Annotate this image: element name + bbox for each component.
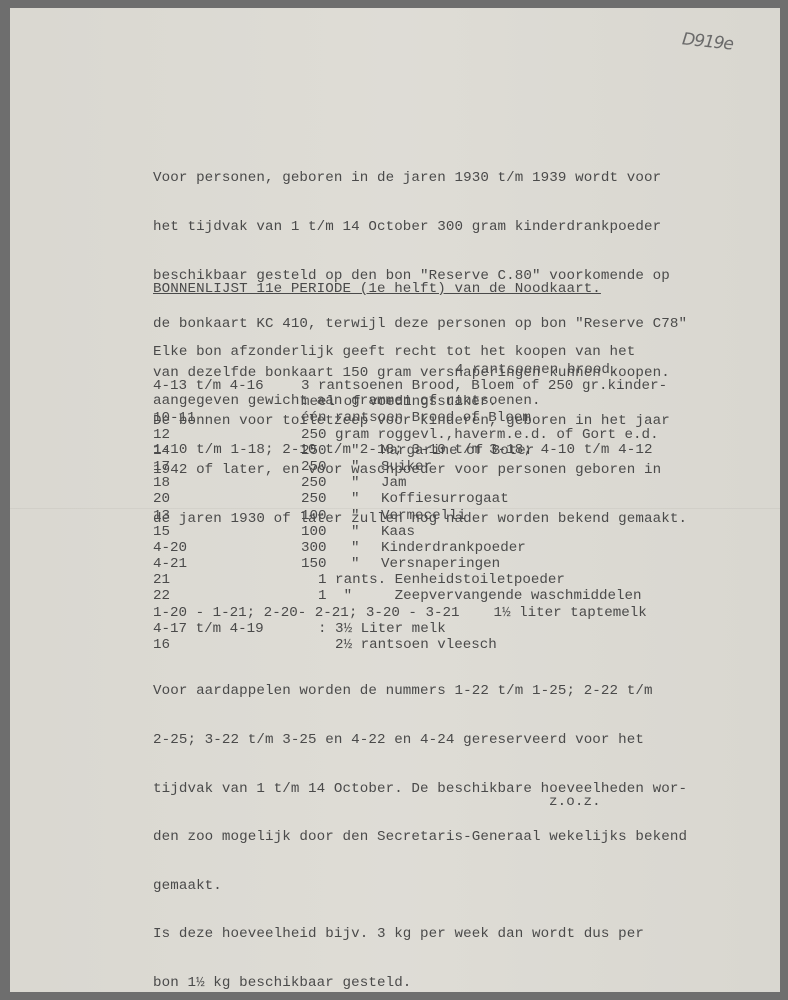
coupon-row: 12250 gram roggevl.,haverm.e.d. of Gort … — [153, 427, 667, 443]
coupon-row: 18250"Jam — [153, 475, 667, 491]
coupon-description: 3 rantsoenen Brood, Bloem of 250 gr.kind… — [301, 378, 667, 394]
text-line: 2-25; 3-22 t/m 3-25 en 4-22 en 4-24 gere… — [153, 732, 687, 748]
coupon-row: 20250"Koffiesurrogaat — [153, 491, 667, 507]
coupon-code — [153, 394, 301, 410]
ditto-mark: " — [351, 459, 381, 475]
coupon-code: 4-21 — [153, 556, 301, 572]
coupon-row: 13100"Vermecelli — [153, 508, 667, 524]
coupon-quantity: 100 — [301, 524, 351, 540]
coupon-quantity: 150 — [301, 556, 351, 572]
coupon-description: één rantsoen Brood of Bloem — [301, 410, 667, 426]
range-note: 4 rantsoenen brood. — [455, 362, 619, 378]
coupon-description: : 3½ Liter melk — [301, 621, 667, 637]
text-line: het tijdvak van 1 t/m 14 October 300 gra… — [153, 219, 687, 235]
coupon-code: 15 — [153, 524, 301, 540]
coupon-row: meel of voedingssuiker. — [153, 394, 667, 410]
coupon-row: 17250"Suiker — [153, 459, 667, 475]
coupon-code: 4-13 t/m 4-16 — [153, 378, 301, 394]
coupon-row: 10-11één rantsoen Brood of Bloem — [153, 410, 667, 426]
coupon-description: 250"Suiker — [301, 459, 667, 475]
coupon-item: Kaas — [381, 524, 415, 540]
coupon-code: 14 — [153, 443, 301, 459]
text-line: Voor aardappelen worden de nummers 1-22 … — [153, 683, 687, 699]
ditto-mark: " — [351, 524, 381, 540]
coupon-item: Margarine of Boter — [381, 443, 534, 459]
section-heading: BONNENLIJST 11e PERIODE (1e helft) van d… — [153, 281, 601, 297]
coupon-row: 21 1 rants. Eenheidstoiletpoeder — [153, 572, 667, 588]
coupon-code: 1-20 - 1-21; 2-20- 2-21; 3-20 - 3-21 — [153, 605, 460, 621]
text-line: Voor personen, geboren in de jaren 1930 … — [153, 170, 687, 186]
coupon-code: 18 — [153, 475, 301, 491]
coupon-description: 1 " Zeepvervangende waschmiddelen — [301, 588, 667, 604]
text-line: gemaakt. — [153, 878, 687, 894]
text-line: Elke bon afzonderlijk geeft recht tot he… — [153, 344, 653, 360]
coupon-quantity: 300 — [301, 540, 351, 556]
coupon-code: 21 — [153, 572, 301, 588]
coupon-row: 22 1 " Zeepvervangende waschmiddelen — [153, 588, 667, 604]
coupon-item: Vermecelli — [381, 508, 466, 524]
potato-paragraph: Voor aardappelen worden de nummers 1-22 … — [153, 651, 687, 1000]
coupon-item: Koffiesurrogaat — [381, 491, 509, 507]
coupon-description: 1½ liter taptemelk — [460, 605, 647, 621]
coupon-description: 250 gram roggevl.,haverm.e.d. of Gort e.… — [301, 427, 667, 443]
coupon-item: Jam — [381, 475, 407, 491]
coupon-code: 22 — [153, 588, 301, 604]
coupon-description: 250"Koffiesurrogaat — [301, 491, 667, 507]
coupon-quantity: 250 — [301, 459, 351, 475]
coupon-item: Suiker — [381, 459, 432, 475]
text-line: Is deze hoeveelheid bijv. 3 kg per week … — [153, 926, 687, 942]
coupon-row: 15100"Kaas — [153, 524, 667, 540]
coupon-description: 100"Vermecelli — [301, 508, 667, 524]
ditto-mark: " — [351, 491, 381, 507]
coupon-row: 4-20300"Kinderdrankpoeder — [153, 540, 667, 556]
ditto-mark: " — [351, 508, 381, 524]
text-line: den zoo mogelijk door den Secretaris-Gen… — [153, 829, 687, 845]
coupon-item: Versnaperingen — [381, 556, 500, 572]
coupon-code: 13 — [153, 508, 301, 524]
ditto-mark: " — [351, 556, 381, 572]
text-line: tijdvak van 1 t/m 14 October. De beschik… — [153, 781, 687, 797]
turn-over-mark: z.o.z. — [549, 794, 601, 810]
coupon-code: 17 — [153, 459, 301, 475]
coupon-code: 4-17 t/m 4-19 — [153, 621, 301, 637]
coupon-description: 250"Margarine of Boter — [301, 443, 667, 459]
coupon-description: 100"Kaas — [301, 524, 667, 540]
coupon-row: 4-13 t/m 4-163 rantsoenen Brood, Bloem o… — [153, 378, 667, 394]
ditto-mark: " — [351, 475, 381, 491]
coupon-list: 4-13 t/m 4-163 rantsoenen Brood, Bloem o… — [153, 378, 667, 653]
coupon-item: Kinderdrankpoeder — [381, 540, 526, 556]
coupon-description: 300"Kinderdrankpoeder — [301, 540, 667, 556]
ditto-mark: " — [351, 443, 381, 459]
ditto-mark: " — [351, 540, 381, 556]
coupon-quantity: 250 — [301, 491, 351, 507]
coupon-description: meel of voedingssuiker. — [301, 394, 667, 410]
coupon-row: 4-17 t/m 4-19 : 3½ Liter melk — [153, 621, 667, 637]
coupon-description: 1 rants. Eenheidstoiletpoeder — [301, 572, 667, 588]
coupon-quantity: 100 — [301, 508, 351, 524]
coupon-description: 250"Jam — [301, 475, 667, 491]
coupon-row: 14250"Margarine of Boter — [153, 443, 667, 459]
coupon-description: 150"Versnaperingen — [301, 556, 667, 572]
coupon-code: 20 — [153, 491, 301, 507]
coupon-row: 1-20 - 1-21; 2-20- 2-21; 3-20 - 3-21 1½ … — [153, 605, 667, 621]
text-line: bon 1½ kg beschikbaar gesteld. — [153, 975, 687, 991]
coupon-code: 4-20 — [153, 540, 301, 556]
coupon-code: 10-11 — [153, 410, 301, 426]
coupon-quantity: 250 — [301, 475, 351, 491]
coupon-row: 4-21150"Versnaperingen — [153, 556, 667, 572]
coupon-quantity: 250 — [301, 443, 351, 459]
coupon-code: 12 — [153, 427, 301, 443]
